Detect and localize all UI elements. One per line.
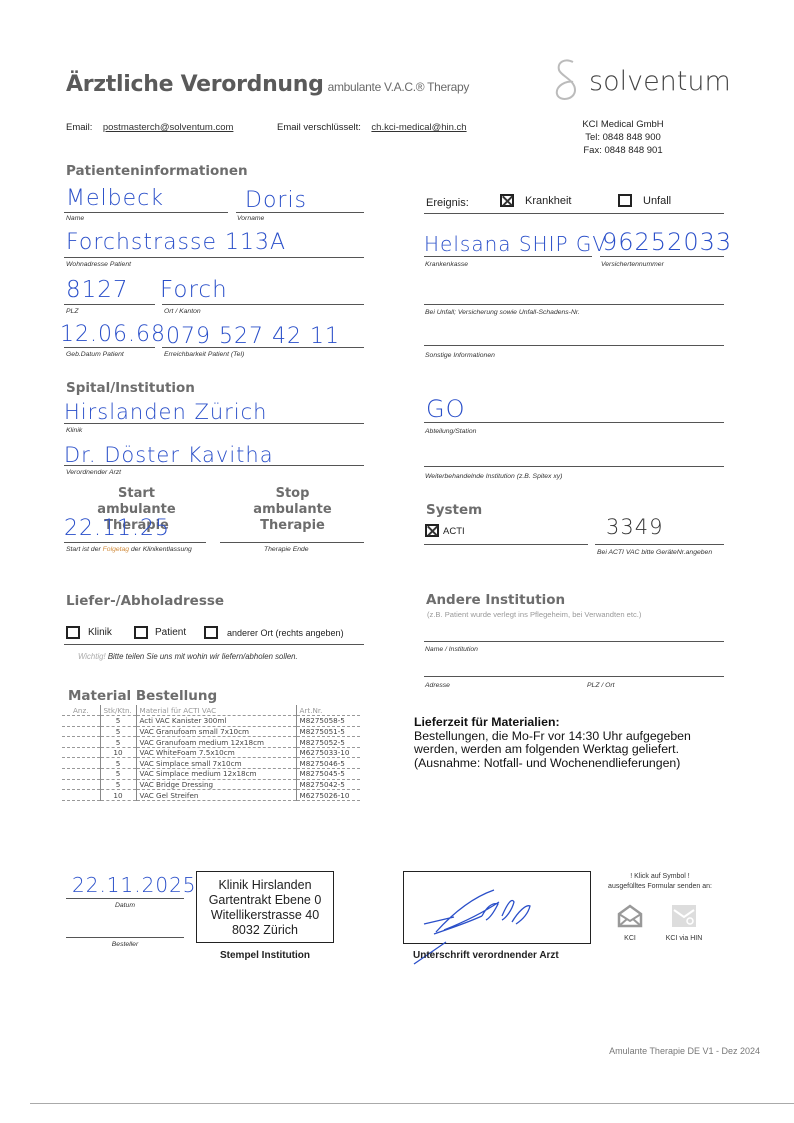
andere-adresse-label: Adresse (425, 682, 450, 689)
company-fax: Fax: 0848 848 901 (568, 144, 678, 157)
material-row: 5Acti VAC Kanister 300mlM8275058-5 (62, 716, 360, 727)
stop-heading-line2: ambulante Therapie (220, 502, 365, 534)
start-caption-part1: Start ist der (66, 546, 103, 553)
system-heading: System (426, 502, 482, 518)
envelope-secure-icon (671, 904, 697, 928)
stamp-line-1: Klinik Hirslanden (197, 878, 333, 893)
material-row: 10VAC WhiteFoam 7.5x10cmM6275033-10 (62, 747, 360, 758)
col-anz: Anz. (62, 705, 100, 716)
material-stk: 5 (100, 737, 136, 748)
start-caption-highlight: Folgetag (103, 546, 129, 553)
patient-birthdate-line (64, 347, 155, 348)
signature-label: Unterschrift verordnender Arzt (413, 950, 559, 961)
material-artnr: M8275046-5 (296, 758, 360, 769)
start-caption-part2: der Klinikentlassung (129, 546, 192, 553)
stop-heading-line1: Stop (220, 486, 365, 502)
solventum-logo-icon (553, 58, 581, 104)
material-anz-input[interactable] (62, 758, 100, 769)
weiterbehandelnde-label: Weiterbehandelnde Institution (z.B. Spit… (425, 473, 562, 480)
andere-plz-label: PLZ / Ort (587, 682, 615, 689)
material-table: Anz. Stk/Ktn. Material für ACTI VAC Art.… (62, 705, 360, 801)
unfall-versicherung-label: Bei Unfall; Versicherung sowie Unfall-Sc… (425, 309, 580, 316)
patient-heading: Patienteninformationen (66, 163, 248, 179)
stamp-line-3: Witellikerstrasse 40 (197, 908, 333, 923)
start-date-caption: Start ist der Folgetag der Klinikentlass… (66, 546, 192, 553)
patient-ort-value[interactable]: Forch (160, 277, 228, 303)
material-row: 10VAC Gel StreifenM6275026-10 (62, 790, 360, 801)
lieferzeit-line2: werden, werden am folgenden Werktag geli… (414, 743, 691, 757)
liefer-anderer-ort-checkbox[interactable] (204, 626, 218, 639)
material-anz-input[interactable] (62, 747, 100, 758)
material-artnr: M8275058-5 (296, 716, 360, 727)
envelope-open-icon (617, 904, 643, 928)
material-name: VAC WhiteFoam 7.5x10cm (136, 747, 296, 758)
form-subtitle: ambulante V.A.C.® Therapy (328, 80, 469, 94)
material-name: VAC Simplace small 7x10cm (136, 758, 296, 769)
material-header-row: Anz. Stk/Ktn. Material für ACTI VAC Art.… (62, 705, 360, 716)
stamp-label: Stempel Institution (196, 950, 334, 961)
lieferadresse-note: Wichtig! Bitte teilen Sie uns mit wohin … (78, 652, 298, 661)
krankenkasse-line (424, 256, 592, 257)
email-link[interactable]: postmasterch@solventum.com (103, 122, 234, 133)
lieferzeit-info: Lieferzeit für Materialien: Bestellungen… (414, 716, 691, 770)
material-row: 5VAC Bridge DressingM8275042-5 (62, 779, 360, 790)
logo-text: solventum (589, 66, 731, 97)
col-material: Material für ACTI VAC (136, 705, 296, 716)
lieferadresse-note-text: Bitte teilen Sie uns mit wohin wir liefe… (106, 652, 298, 661)
lieferadresse-line (64, 644, 364, 645)
email-row: Email: postmasterch@solventum.com (66, 117, 233, 135)
unfall-checkbox[interactable] (618, 194, 632, 207)
geraetenr-caption: Bei ACTI VAC bitte GeräteNr.angeben (597, 549, 712, 556)
ereignis-line (424, 213, 724, 214)
material-stk: 5 (100, 726, 136, 737)
system-line (424, 544, 588, 545)
liefer-patient-checkbox[interactable] (134, 626, 148, 639)
material-artnr: M6275026-10 (296, 790, 360, 801)
send-line2: ausgefülltes Formular senden an: (590, 882, 730, 892)
patient-birthdate-label: Geb.Datum Patient (66, 351, 124, 358)
abteilung-value[interactable]: GO (426, 395, 466, 423)
andere-name-line[interactable] (424, 641, 724, 642)
col-stk: Stk/Ktn. (100, 705, 136, 716)
stamp-line-2: Gartentrakt Ebene 0 (197, 893, 333, 908)
patient-birthdate-value[interactable]: 12.06.68 (60, 322, 166, 347)
company-info: KCI Medical GmbH Tel: 0848 848 900 Fax: … (568, 118, 678, 157)
send-kci-hin-label: KCI via HIN (659, 935, 709, 942)
footer-rule (30, 1103, 794, 1104)
material-name: VAC Granufoam small 7x10cm (136, 726, 296, 737)
material-name: VAC Bridge Dressing (136, 779, 296, 790)
start-date-line (64, 542, 206, 543)
material-stk: 10 (100, 747, 136, 758)
material-anz-input[interactable] (62, 716, 100, 727)
patient-name-line (64, 212, 228, 213)
patient-address-label: Wohnadresse Patient (66, 261, 131, 268)
stop-heading: Stop ambulante Therapie (220, 486, 365, 534)
material-artnr: M6275033-10 (296, 747, 360, 758)
patient-phone-label: Erreichbarkeit Patient (Tel) (164, 351, 244, 358)
material-stk: 10 (100, 790, 136, 801)
besteller-line[interactable] (66, 937, 184, 938)
patient-ort-line (162, 304, 364, 305)
klinik-value[interactable]: Hirslanden Zürich (64, 400, 267, 424)
datum-line (66, 898, 184, 899)
company-name: KCI Medical GmbH (568, 118, 678, 131)
patient-name-value[interactable]: Melbeck (66, 186, 164, 211)
form-title: Ärztliche Verordnungambulante V.A.C.® Th… (66, 72, 469, 97)
andere-name-label: Name / Institution (425, 646, 478, 653)
material-stk: 5 (100, 779, 136, 790)
material-row: 5VAC Simplace medium 12x18cmM8275045-5 (62, 769, 360, 780)
stamp-box: Klinik Hirslanden Gartentrakt Ebene 0 Wi… (196, 871, 334, 943)
patient-vorname-label: Vorname (237, 215, 264, 222)
stop-date-caption: Therapie Ende (264, 546, 309, 553)
material-anz-input[interactable] (62, 779, 100, 790)
liefer-anderer-ort-label: anderer Ort (rechts angeben) (227, 628, 344, 638)
lieferzeit-line1: Bestellungen, die Mo-Fr vor 14:30 Uhr au… (414, 730, 691, 744)
andere-adresse-line[interactable] (424, 676, 724, 677)
material-stk: 5 (100, 758, 136, 769)
acti-checkbox[interactable] (425, 524, 439, 537)
send-kci-label: KCI (610, 935, 650, 942)
abteilung-label: Abteilung/Station (425, 428, 476, 435)
material-name: VAC Granufoam medium 12x18cm (136, 737, 296, 748)
lieferadresse-heading: Liefer-/Abholadresse (66, 593, 224, 609)
besteller-label: Besteller (66, 941, 184, 948)
datum-label: Datum (66, 902, 184, 909)
datum-value[interactable]: 22.11.2025 (72, 873, 197, 897)
material-anz-input[interactable] (62, 769, 100, 780)
material-anz-input[interactable] (62, 790, 100, 801)
arzt-label: Verordnender Arzt (66, 469, 121, 476)
krankenkasse-value[interactable]: Helsana SHIP GV (424, 232, 607, 256)
weiterbehandelnde-line[interactable] (424, 466, 724, 467)
material-heading: Material Bestellung (68, 688, 217, 704)
stop-date-line[interactable] (220, 542, 364, 543)
patient-vorname-line (236, 212, 364, 213)
material-artnr: M8275051-5 (296, 726, 360, 737)
email-encrypted-link[interactable]: ch.kci-medical@hin.ch (371, 122, 466, 133)
krankheit-label: Krankheit (525, 195, 571, 207)
material-stk: 5 (100, 716, 136, 727)
material-artnr: M8275042-5 (296, 779, 360, 790)
material-row: 5VAC Simplace small 7x10cmM8275046-5 (62, 758, 360, 769)
patient-plz-value[interactable]: 8127 (66, 277, 129, 303)
material-stk: 5 (100, 769, 136, 780)
andere-institution-heading: Andere Institution (426, 592, 565, 608)
patient-address-line (64, 257, 364, 258)
stamp-text: Klinik Hirslanden Gartentrakt Ebene 0 Wi… (197, 878, 333, 938)
versichertennummer-value[interactable]: 96252033 (602, 228, 732, 256)
krankenkasse-label: Krankenkasse (425, 261, 468, 268)
unfall-label: Unfall (643, 195, 671, 207)
geraetenr-value[interactable]: 3349 (606, 515, 663, 539)
liefer-klinik-checkbox[interactable] (66, 626, 80, 639)
material-name: Acti VAC Kanister 300ml (136, 716, 296, 727)
email-encrypted-row: Email verschlüsselt: ch.kci-medical@hin.… (277, 117, 467, 135)
form-title-main: Ärztliche Verordnung (66, 72, 324, 97)
signature-box[interactable] (403, 871, 591, 944)
patient-address-value[interactable]: Forchstrasse 113A (66, 230, 286, 255)
material-anz-input[interactable] (62, 737, 100, 748)
start-date-value[interactable]: 22.11.25 (64, 516, 170, 541)
sonstige-label: Sonstige Informationen (425, 352, 495, 359)
acti-label: ACTI (443, 526, 465, 537)
patient-vorname-value[interactable]: Doris (245, 188, 307, 213)
material-artnr: M8275052-5 (296, 737, 360, 748)
material-anz-input[interactable] (62, 726, 100, 737)
patient-name-label: Name (66, 215, 84, 222)
email-label: Email: (66, 122, 92, 133)
start-heading-line1: Start (64, 486, 209, 502)
unfall-versicherung-line[interactable] (424, 304, 724, 305)
send-section: ! Klick auf Symbol ! ausgefülltes Formul… (590, 872, 730, 892)
patient-phone-line (162, 347, 364, 348)
liefer-klinik-label: Klinik (88, 627, 112, 638)
abteilung-line (424, 422, 724, 423)
andere-institution-hint: (z.B. Patient wurde verlegt ins Pflegehe… (427, 610, 641, 619)
send-kci-hin-button[interactable]: KCI via HIN (659, 904, 709, 942)
stamp-line-4: 8032 Zürich (197, 923, 333, 938)
patient-plz-label: PLZ (66, 308, 78, 315)
material-name: VAC Simplace medium 12x18cm (136, 769, 296, 780)
ereignis-label: Ereignis: (426, 197, 469, 209)
company-tel: Tel: 0848 848 900 (568, 131, 678, 144)
material-artnr: M8275045-5 (296, 769, 360, 780)
send-line1: ! Klick auf Symbol ! (590, 872, 730, 882)
versichertennummer-label: Versichertennummer (601, 261, 664, 268)
lieferzeit-line3: (Ausnahme: Notfall- und Wochenendlieferu… (414, 757, 691, 771)
form-version: Amulante Therapie DE V1 - Dez 2024 (609, 1046, 760, 1056)
material-row: 5VAC Granufoam small 7x10cmM8275051-5 (62, 726, 360, 737)
solventum-logo: solventum (553, 58, 731, 104)
send-kci-button[interactable]: KCI (610, 904, 650, 942)
patient-ort-label: Ort / Kanton (164, 308, 201, 315)
krankheit-checkbox[interactable] (500, 194, 514, 207)
klinik-label: Klinik (66, 427, 82, 434)
patient-phone-value[interactable]: 079 527 42 11 (166, 324, 340, 349)
geraetenr-line (595, 544, 724, 545)
material-row: 5VAC Granufoam medium 12x18cmM8275052-5 (62, 737, 360, 748)
spital-heading: Spital/Institution (66, 380, 195, 396)
lieferzeit-heading: Lieferzeit für Materialien: (414, 716, 691, 730)
col-artnr: Art.Nr. (296, 705, 360, 716)
arzt-line (64, 465, 364, 466)
sonstige-line[interactable] (424, 345, 724, 346)
versichertennummer-line (600, 256, 724, 257)
arzt-value[interactable]: Dr. Döster Kavitha (64, 443, 274, 467)
patient-plz-line (64, 304, 155, 305)
klinik-line (64, 423, 364, 424)
email-encrypted-label: Email verschlüsselt: (277, 122, 361, 133)
material-name: VAC Gel Streifen (136, 790, 296, 801)
lieferadresse-note-highlight: Wichtig! (78, 652, 106, 661)
liefer-patient-label: Patient (155, 627, 186, 638)
